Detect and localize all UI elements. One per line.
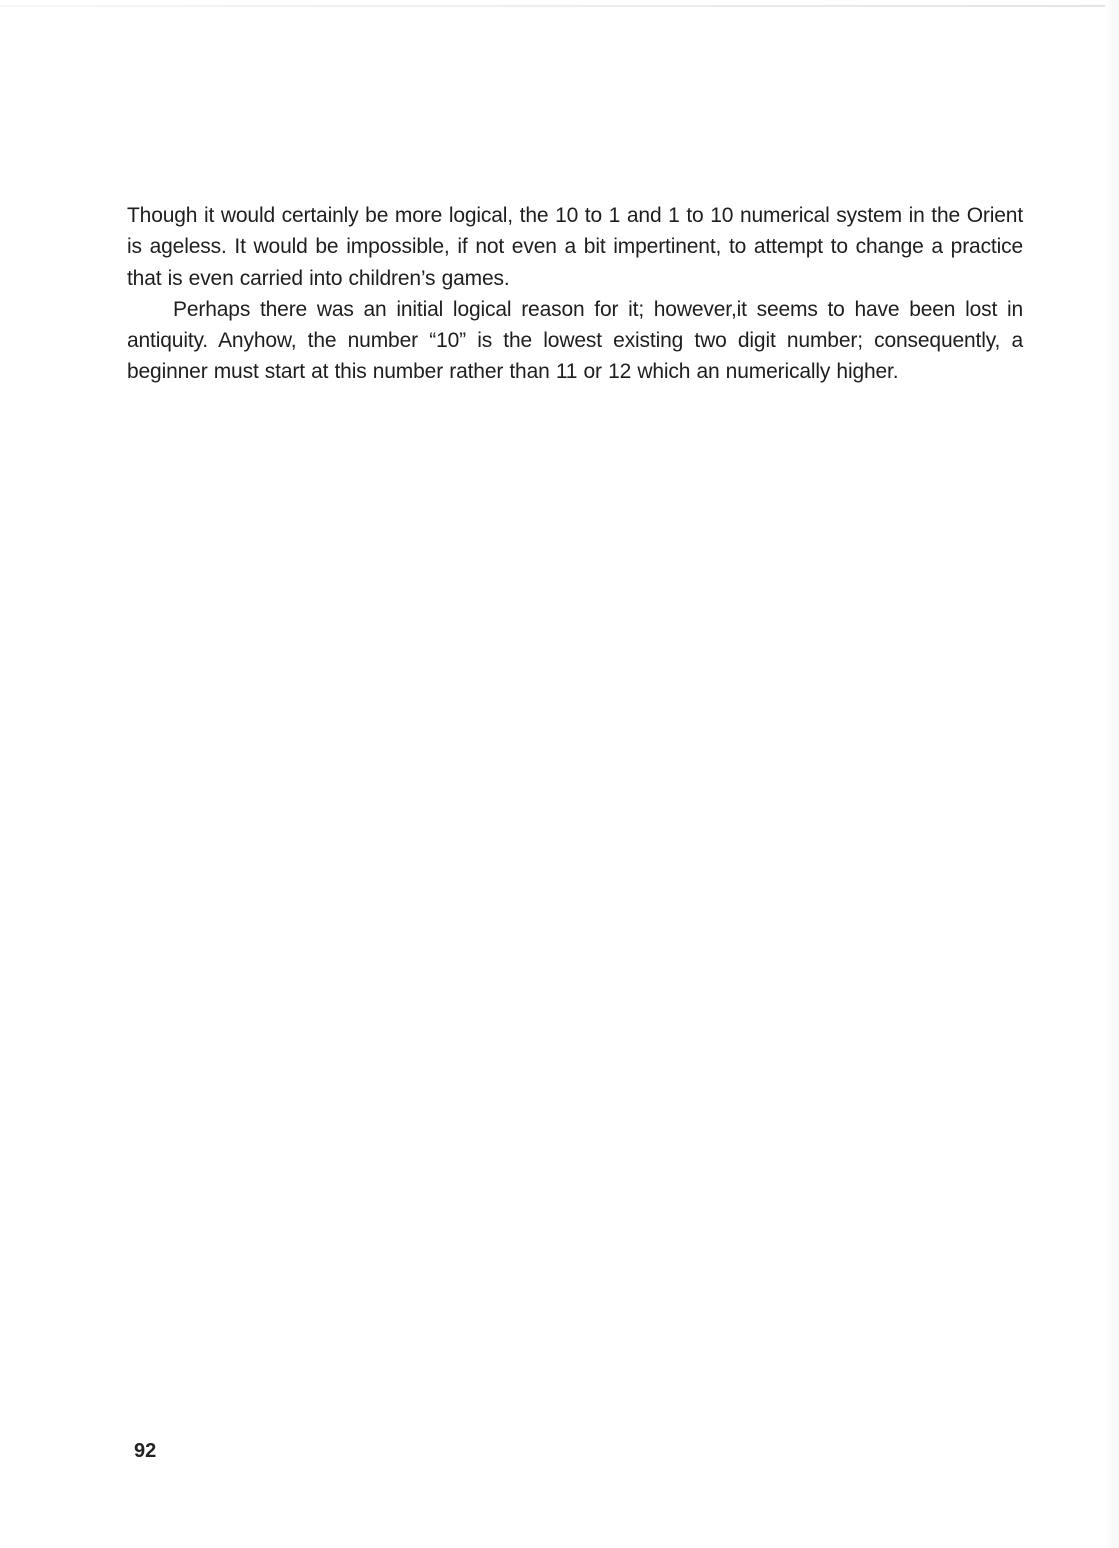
page-number: 92: [134, 1440, 156, 1463]
scan-edge: [0, 5, 1119, 7]
paragraph-2: Perhaps there was an initial logical rea…: [127, 294, 1023, 388]
body-text: Though it would certainly be more logica…: [127, 200, 1023, 388]
paragraph-1: Though it would certainly be more logica…: [127, 200, 1023, 294]
page-edge-shadow: [1105, 0, 1119, 1548]
